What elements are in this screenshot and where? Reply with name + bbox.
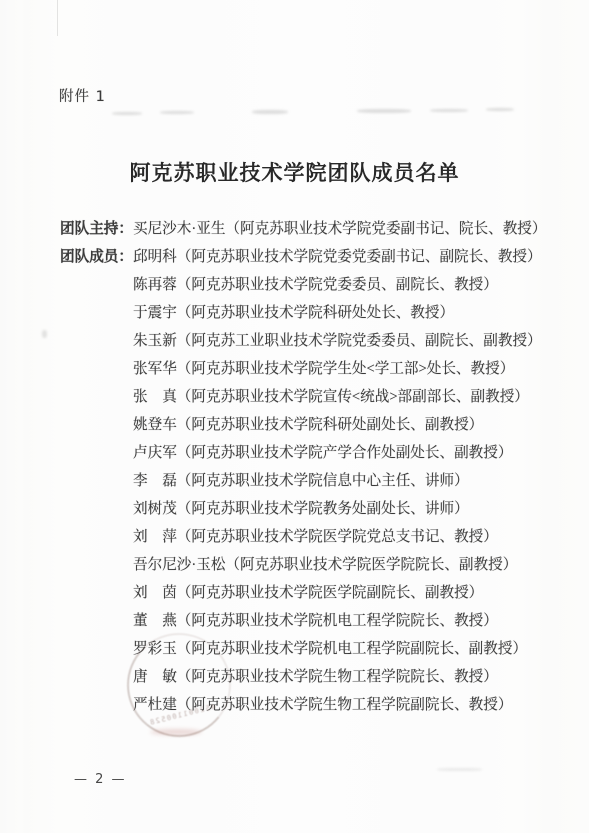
host-line: 团队主持：买尼沙木·亚生（阿克苏职业技术学院党委副书记、院长、教授） [60, 215, 560, 243]
member-line: 张 真（阿克苏职业技术学院宣传<统战>部副部长、副教授） [60, 383, 560, 411]
member-entry: 朱玉新（阿克苏工业职业技术学院党委委员、副院长、副教授） [133, 333, 542, 349]
scan-smudge [112, 112, 142, 115]
page-title: 阿克苏职业技术学院团队成员名单 [0, 157, 589, 187]
members-label: 团队成员： [60, 248, 133, 265]
member-line: 于震宇（阿克苏职业技术学院科研处处长、教授） [60, 299, 560, 327]
member-entry: 刘 萍（阿克苏职业技术学院医学院党总支书记、教授） [133, 529, 498, 545]
scan-smudge [42, 330, 47, 338]
scan-smudge [430, 109, 468, 112]
members-list: 陈再蓉（阿克苏职业技术学院党委委员、副院长、教授） 于震宇（阿克苏职业技术学院科… [60, 271, 560, 719]
member-line: 陈再蓉（阿克苏职业技术学院党委委员、副院长、教授） [60, 271, 560, 299]
member-entry: 邱明科（阿克苏职业技术学院党委党委副书记、副院长、教授） [133, 249, 542, 265]
scan-smudge [357, 109, 411, 113]
member-entry: 张 真（阿克苏职业技术学院宣传<统战>部副部长、副教授） [133, 389, 529, 405]
seal-arc-digits: 452001100528 [137, 700, 228, 730]
host-entry: 买尼沙木·亚生（阿克苏职业技术学院党委副书记、院长、教授） [133, 221, 547, 237]
member-line: 张军华（阿克苏职业技术学院学生处<学工部>处长、教授） [60, 355, 560, 383]
member-entry: 于震宇（阿克苏职业技术学院科研处处长、教授） [133, 305, 454, 321]
members-first-line: 团队成员：邱明科（阿克苏职业技术学院党委党委副书记、副院长、教授） [60, 243, 560, 271]
scan-smudge [252, 110, 288, 114]
member-line: 李 磊（阿克苏职业技术学院信息中心主任、讲师） [60, 467, 560, 495]
host-label: 团队主持： [60, 220, 133, 237]
scanned-document-page: 附件 1 阿克苏职业技术学院团队成员名单 团队主持：买尼沙木·亚生（阿克苏职业技… [0, 0, 589, 833]
scan-smudge [160, 111, 194, 114]
member-entry: 卢庆军（阿克苏职业技术学院产学合作处副处长、副教授） [133, 445, 512, 461]
seal-tint-smudge [150, 729, 202, 735]
team-roster: 团队主持：买尼沙木·亚生（阿克苏职业技术学院党委副书记、院长、教授） 团队成员：… [60, 215, 560, 719]
attachment-label: 附件 1 [59, 85, 106, 106]
scan-edge-artifact [57, 0, 58, 36]
member-line: 刘 茵（阿克苏职业技术学院医学院副院长、副教授） [60, 579, 560, 607]
member-line: 董 燕（阿克苏职业技术学院机电工程学院院长、教授） [60, 607, 560, 635]
member-line: 刘 萍（阿克苏职业技术学院医学院党总支书记、教授） [60, 523, 560, 551]
member-line: 刘树茂（阿克苏职业技术学院教务处副处长、讲师） [60, 495, 560, 523]
member-entry: 吾尔尼沙·玉松（阿克苏职业技术学院医学院院长、副教授） [133, 557, 517, 573]
member-entry: 张军华（阿克苏职业技术学院学生处<学工部>处长、教授） [133, 361, 514, 377]
member-entry: 刘 茵（阿克苏职业技术学院医学院副院长、副教授） [133, 585, 483, 601]
member-entry: 董 燕（阿克苏职业技术学院机电工程学院院长、教授） [133, 613, 498, 629]
member-line: 姚登车（阿克苏职业技术学院科研处副处长、副教授） [60, 411, 560, 439]
member-line: 吾尔尼沙·玉松（阿克苏职业技术学院医学院院长、副教授） [60, 551, 560, 579]
member-line: 卢庆军（阿克苏职业技术学院产学合作处副处长、副教授） [60, 439, 560, 467]
member-entry: 姚登车（阿克苏职业技术学院科研处副处长、副教授） [133, 417, 483, 433]
member-line: 朱玉新（阿克苏工业职业技术学院党委委员、副院长、副教授） [60, 327, 560, 355]
member-entry: 陈再蓉（阿克苏职业技术学院党委委员、副院长、教授） [133, 277, 498, 293]
page-number: — 2 — [74, 772, 127, 787]
scan-smudge [437, 768, 482, 771]
member-entry: 刘树茂（阿克苏职业技术学院教务处副处长、讲师） [133, 501, 469, 517]
scan-smudge [486, 108, 514, 111]
member-entry: 李 磊（阿克苏职业技术学院信息中心主任、讲师） [133, 473, 469, 489]
